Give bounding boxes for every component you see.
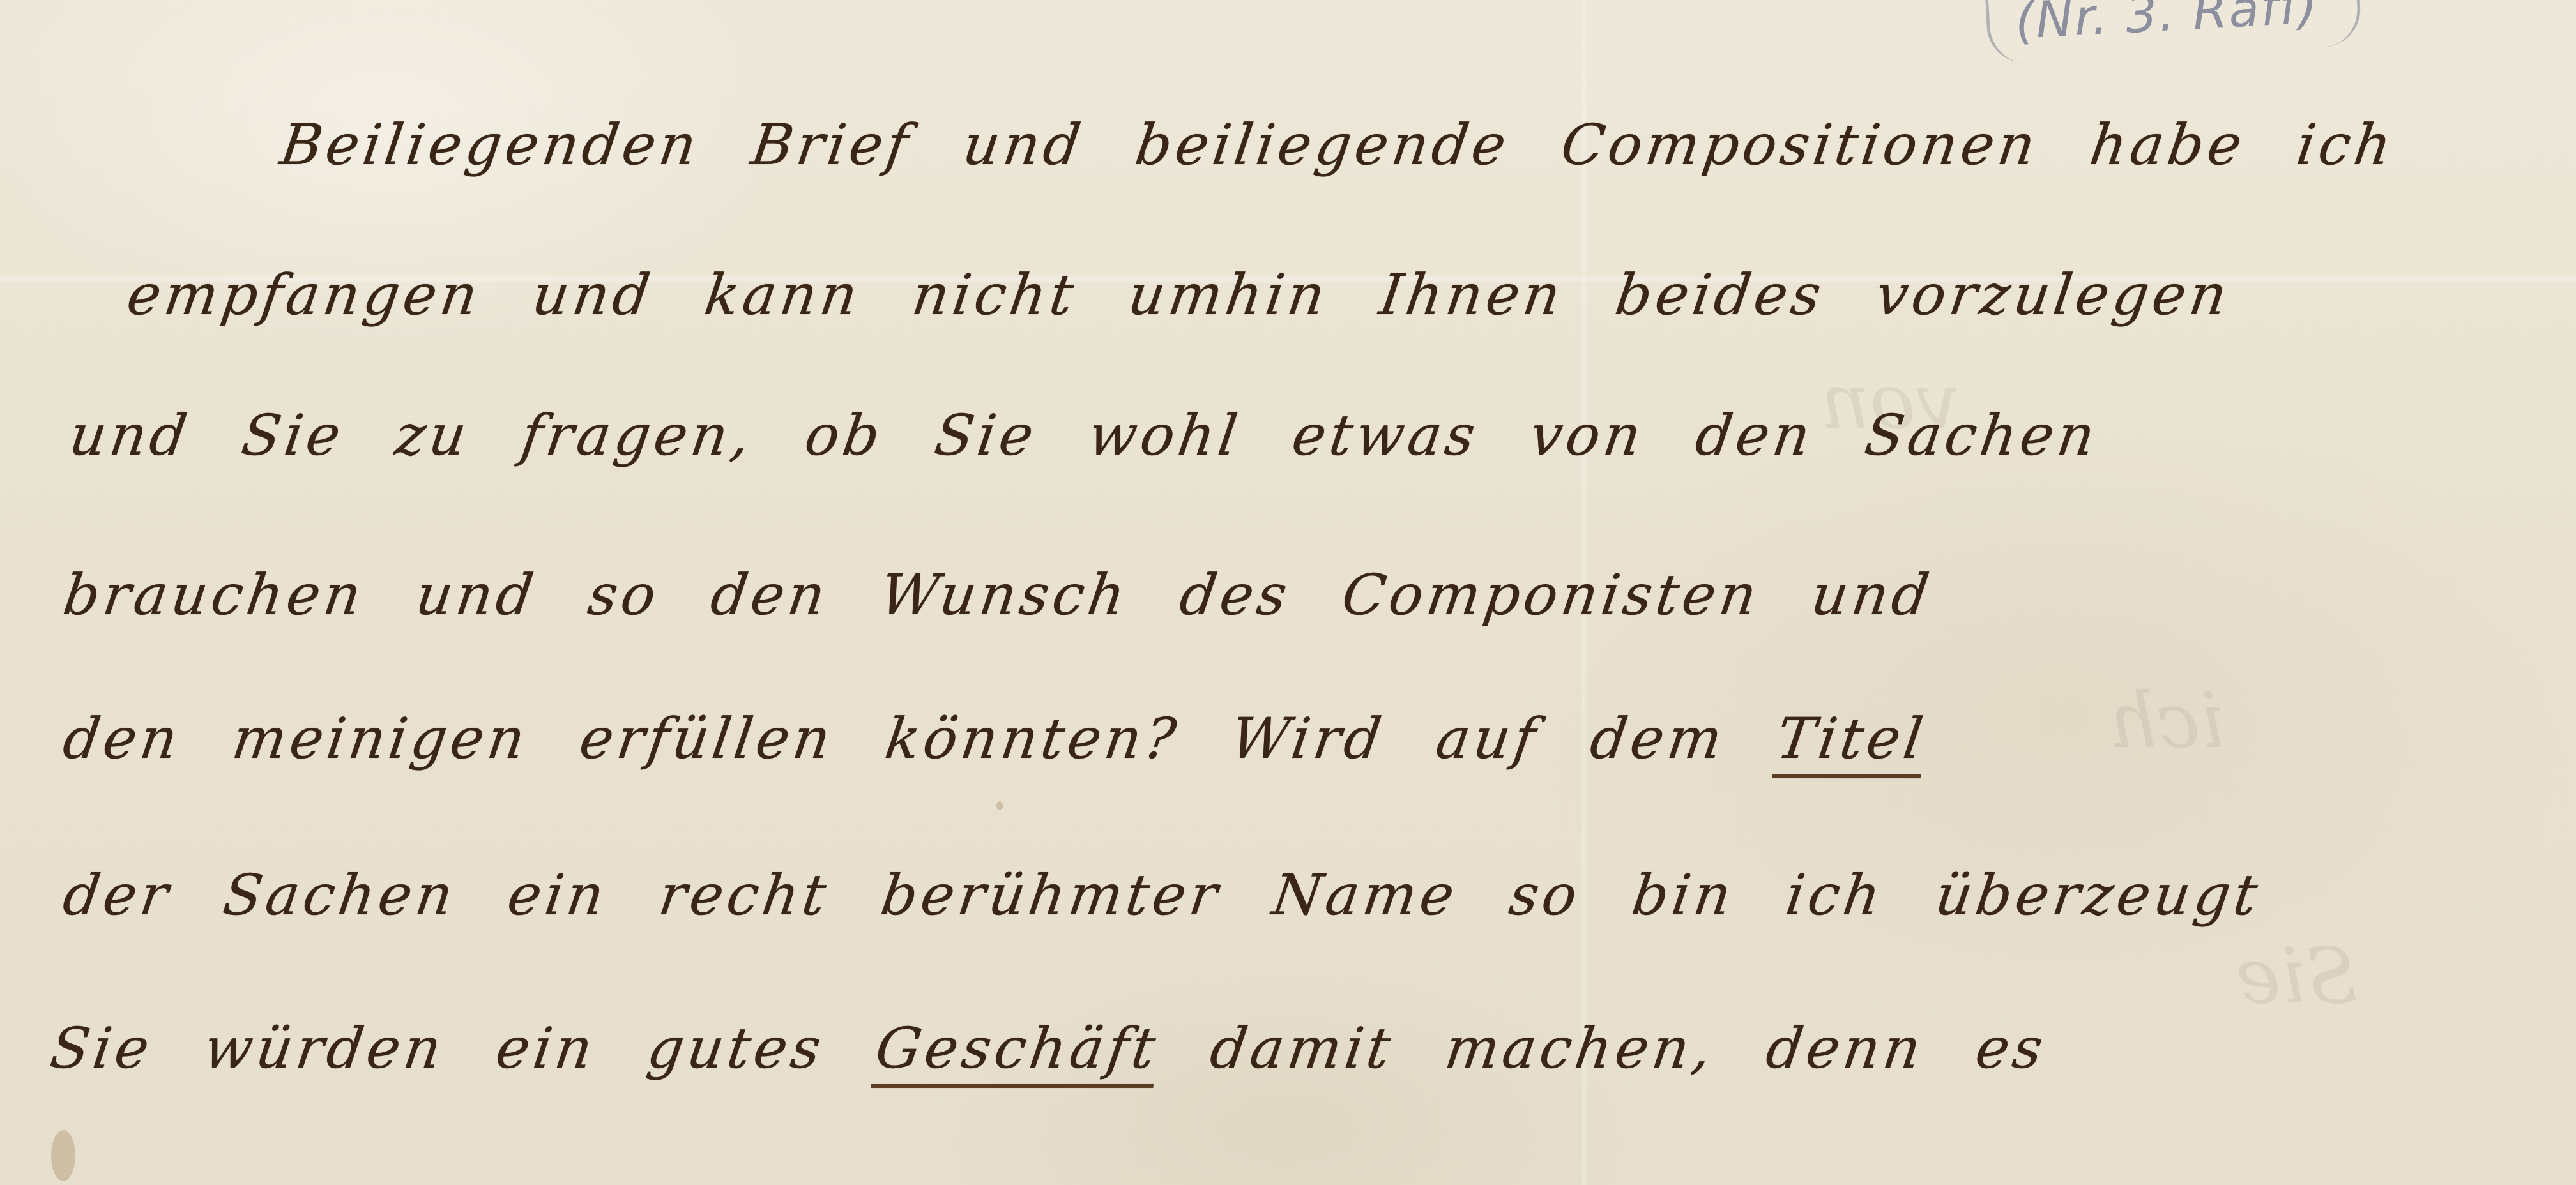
line-text: Sie würden ein gutes — [47, 1015, 881, 1081]
line-text: brauchen und so den Wunsch des Componist… — [59, 562, 1937, 628]
archive-pencil-note: (Nr. 3. Raff) — [1985, 0, 2362, 64]
letter-line-3: und Sie zu fragen, ob Sie wohl etwas von… — [66, 402, 2103, 468]
line-text: empfangen und kann nicht umhin Ihnen bei… — [123, 262, 2235, 328]
line-text: und Sie zu fragen, ob Sie wohl etwas von… — [66, 402, 2103, 468]
bleed-through-text: ich — [2108, 677, 2225, 766]
line-text: Beiliegenden Brief und beiliegende Compo… — [277, 112, 2399, 177]
line-text: der Sachen ein recht berühmter Name so b… — [59, 862, 2266, 928]
letter-line-5: den meinigen erfüllen könnten? Wird auf … — [59, 706, 1931, 771]
line-text: den meinigen erfüllen könnten? Wird auf … — [59, 706, 1782, 771]
line-text: damit machen, denn es — [1154, 1015, 2051, 1081]
ink-stain — [51, 1130, 75, 1181]
letter-line-7: Sie würden ein gutes Geschäft damit mach… — [47, 1015, 2051, 1081]
letter-line-1: Beiliegenden Brief und beiliegende Compo… — [277, 112, 2399, 177]
bleed-through-text: Sie — [2236, 932, 2358, 1021]
letter-line-6: der Sachen ein recht berühmter Name so b… — [59, 862, 2266, 928]
underlined-word-geschaeft: Geschäft — [872, 1015, 1163, 1081]
ink-speck — [996, 801, 1003, 810]
letter-line-2: empfangen und kann nicht umhin Ihnen bei… — [123, 262, 2235, 328]
letter-line-4: brauchen und so den Wunsch des Componist… — [59, 562, 1937, 628]
underlined-word-titel: Titel — [1773, 706, 1931, 771]
